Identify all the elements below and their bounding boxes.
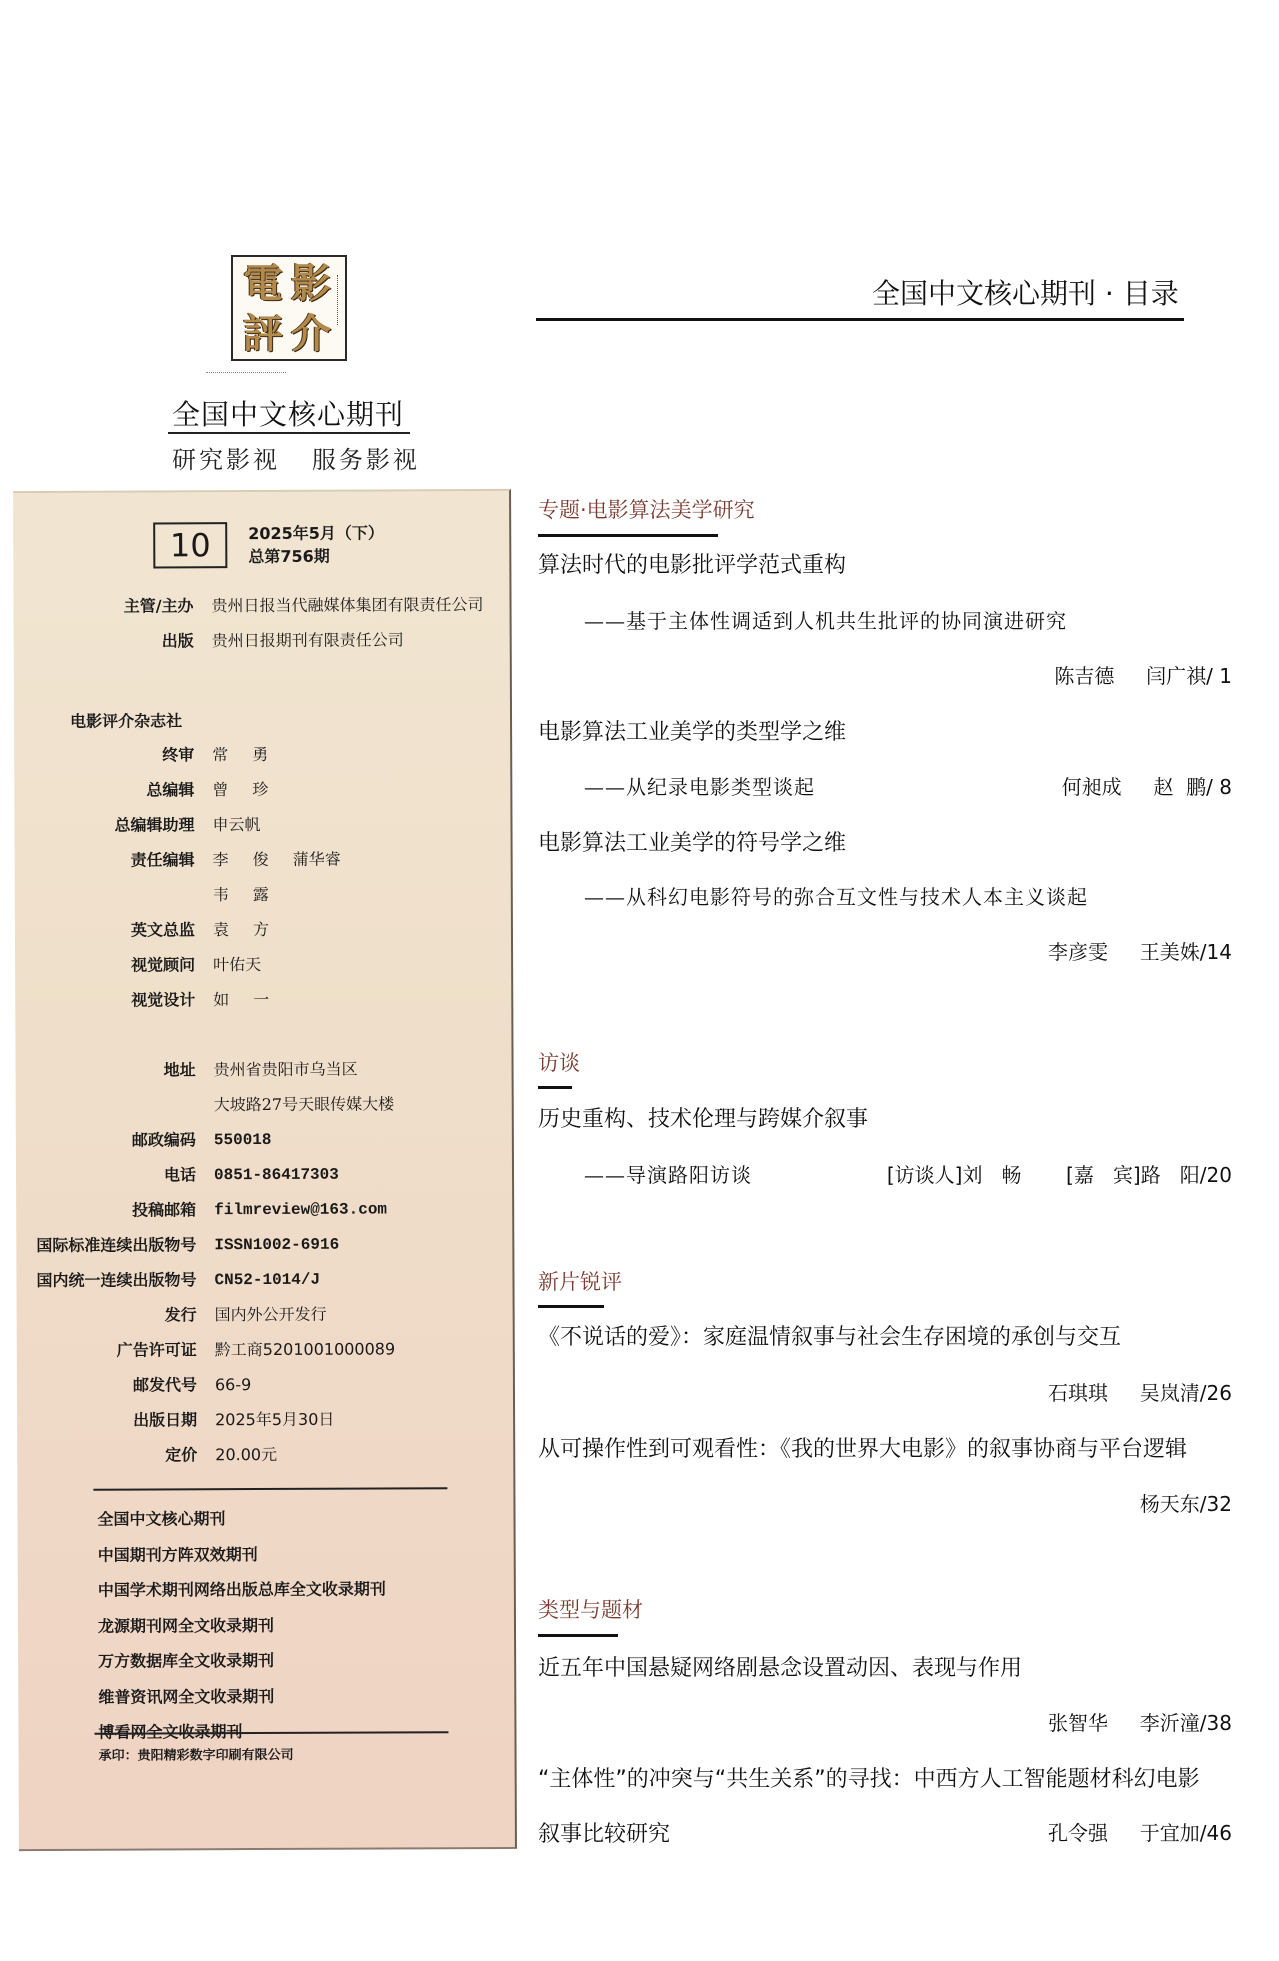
contact-row: 定价 20.00元	[17, 1440, 515, 1470]
staff-row: 责任编辑 李俊蒲华睿	[15, 845, 513, 875]
field-label: 地址	[163, 1056, 195, 1084]
field-label: 出版日期	[133, 1406, 197, 1434]
logo-char: 評	[239, 309, 287, 359]
field-value: ISSN1002-6916	[214, 1231, 339, 1260]
logo-char: 電	[239, 259, 287, 309]
field-label: 投稿邮箱	[132, 1196, 196, 1224]
field-value: 常勇	[212, 741, 268, 769]
issue-date: 2025年5月（下）	[248, 521, 384, 545]
field-label: 国内统一连续出版物号	[36, 1266, 196, 1295]
field-value: 550018	[214, 1126, 272, 1154]
contact-row: 邮发代号 66-9	[17, 1370, 515, 1400]
article-subtitle: ——从纪录电影类型谈起	[584, 771, 815, 800]
staff-row: 总编辑 曾珍	[14, 775, 512, 805]
article-subtitle: ——基于主体性调适到人机共生批评的协同演进研究	[584, 605, 1067, 634]
indexing-item: 万方数据库全文收录期刊	[98, 1642, 386, 1679]
field-value: 袁方	[213, 916, 269, 944]
field-label: 邮发代号	[133, 1371, 197, 1399]
masthead-title: 全国中文核心期刊	[172, 393, 404, 433]
contact-row: 国际标准连续出版物号 ISSN1002-6916	[16, 1230, 514, 1260]
staff-row: 韦露	[15, 880, 513, 910]
article-title[interactable]: 电影算法工业美学的符号学之维	[538, 826, 846, 857]
section-label: 专题·电影算法美学研究	[538, 494, 755, 524]
field-label: 出版	[162, 627, 194, 655]
field-label: 终审	[162, 741, 194, 769]
field-label: 视觉顾问	[131, 951, 195, 979]
article-title[interactable]: 电影算法工业美学的类型学之维	[538, 715, 846, 746]
journal-logo: 電 影 評 介	[231, 255, 347, 361]
field-label: 总编辑助理	[114, 811, 194, 839]
field-value: 申云帆	[212, 811, 260, 839]
publisher-row: 出版 贵州日报期刊有限责任公司	[14, 626, 512, 656]
field-label: 邮政编码	[132, 1126, 196, 1154]
issue-total: 总第756期	[248, 544, 384, 568]
field-label: 总编辑	[146, 776, 194, 804]
field-value: 2025年5月30日	[215, 1406, 334, 1435]
article-authors-page: [访谈人]刘 畅 [嘉 宾]路 阳/20	[887, 1159, 1232, 1188]
contact-row: 广告许可证 黔工商5201001000089	[17, 1335, 515, 1365]
article-title[interactable]: 《不说话的爱》：家庭温情叙事与社会生存困境的承创与交互	[538, 1320, 1121, 1351]
logo-caption-mark	[206, 372, 286, 375]
article-title[interactable]: “主体性”的冲突与“共生关系”的寻找：中西方人工智能题材科幻电影	[538, 1762, 1200, 1793]
article-subtitle: ——导演路阳访谈	[584, 1159, 752, 1188]
article-title[interactable]: 算法时代的电影批评学范式重构	[538, 548, 846, 579]
organization-name: 电影评介杂志社	[70, 708, 182, 731]
contact-row: 电话 0851-86417303	[16, 1160, 514, 1190]
field-value: 黔工商5201001000089	[215, 1335, 395, 1364]
logo-char: 影	[287, 259, 335, 309]
contact-row: 出版日期 2025年5月30日	[17, 1405, 515, 1435]
article-authors-page: 杨天东/32	[1140, 1488, 1232, 1517]
masthead-divider	[168, 432, 410, 434]
indexing-list: 全国中文核心期刊 中国期刊方阵双效期刊 中国学术期刊网络出版总库全文收录期刊 龙…	[97, 1500, 386, 1750]
indexing-item: 中国期刊方阵双效期刊	[98, 1536, 386, 1573]
article-authors-page: 李彦雯 王美姝/14	[1048, 936, 1232, 965]
toc-header-divider	[536, 318, 1184, 321]
indexing-item: 维普资讯网全文收录期刊	[98, 1678, 386, 1715]
indexing-item: 龙源期刊网全文收录期刊	[98, 1607, 386, 1644]
publisher-row: 主管/主办 贵州日报当代融媒体集团有限责任公司	[13, 591, 511, 621]
staff-row: 英文总监 袁方	[15, 915, 513, 945]
issue-date-block: 2025年5月（下） 总第756期	[248, 521, 384, 568]
section-divider	[538, 534, 718, 537]
section-divider	[538, 1634, 618, 1637]
section-label: 新片锐评	[538, 1266, 622, 1296]
masthead-slogan: 研究影视 服务影视	[172, 440, 420, 475]
section-divider	[538, 1305, 604, 1308]
panel-divider	[93, 1487, 447, 1491]
article-title[interactable]: 从可操作性到可观看性：《我的世界大电影》的叙事协商与平台逻辑	[538, 1432, 1187, 1463]
field-label: 发行	[165, 1301, 197, 1329]
field-value: 贵州省贵阳市乌当区	[214, 1056, 358, 1085]
contact-row: 邮政编码 550018	[16, 1125, 514, 1155]
logo-seal-mark	[337, 275, 343, 325]
field-label: 广告许可证	[117, 1336, 197, 1364]
field-value: 国内外公开发行	[215, 1301, 327, 1329]
issue-number: 10	[153, 522, 227, 568]
field-value: 李俊蒲华睿	[213, 846, 341, 875]
field-value: 20.00元	[215, 1441, 277, 1469]
indexing-item: 中国学术期刊网络出版总库全文收录期刊	[98, 1571, 386, 1608]
article-authors-page: 张智华 李沂潼/38	[1048, 1707, 1232, 1736]
field-value: 贵州日报当代融媒体集团有限责任公司	[211, 591, 483, 620]
field-value: 韦露	[213, 881, 269, 909]
article-subtitle: ——从科幻电影符号的弥合互文性与技术人本主义谈起	[584, 881, 1088, 910]
field-label: 视觉设计	[131, 986, 195, 1014]
field-value: 叶佑天	[213, 951, 261, 979]
field-label: 责任编辑	[131, 846, 195, 874]
article-authors-page: 孔令强 于宜加/46	[1048, 1817, 1232, 1846]
staff-row: 终审 常勇	[14, 740, 512, 770]
contact-row: 地址 贵州省贵阳市乌当区	[16, 1055, 514, 1085]
article-authors-page: 何昶成 赵 鹏/ 8	[1062, 771, 1232, 800]
field-label: 英文总监	[131, 916, 195, 944]
article-title-continued[interactable]: 叙事比较研究	[538, 1817, 670, 1848]
contact-row: 发行 国内外公开发行	[17, 1300, 515, 1330]
field-value: 大坡路27号天眼传媒大楼	[214, 1090, 394, 1119]
section-label: 访谈	[538, 1047, 580, 1077]
printer-info: 承印：贵阳精彩数字印刷有限公司	[99, 1744, 294, 1764]
article-authors-page: 陈吉德 闫广祺/ 1	[1054, 660, 1232, 689]
contact-row: 大坡路27号天眼传媒大楼	[16, 1090, 514, 1120]
logo-calligraphy: 電 影 評 介	[239, 259, 335, 359]
logo-char: 介	[287, 309, 335, 359]
field-value: 66-9	[215, 1371, 251, 1399]
section-label: 类型与题材	[538, 1594, 643, 1624]
article-title[interactable]: 近五年中国悬疑网络剧悬念设置动因、表现与作用	[538, 1651, 1022, 1682]
staff-row: 视觉设计 如一	[15, 985, 513, 1015]
field-label: 电话	[164, 1161, 196, 1189]
article-title[interactable]: 历史重构、技术伦理与跨媒介叙事	[538, 1102, 868, 1133]
contact-row: 投稿邮箱 filmreview@163.com	[16, 1195, 514, 1225]
field-value: 如一	[213, 986, 269, 1014]
article-authors-page: 石琪琪 吴岚清/26	[1048, 1377, 1232, 1406]
email-value: filmreview@163.com	[214, 1195, 387, 1224]
indexing-item: 全国中文核心期刊	[97, 1500, 385, 1537]
field-label: 国际标准连续出版物号	[36, 1231, 196, 1260]
contact-row: 国内统一连续出版物号 CN52-1014/J	[16, 1265, 514, 1295]
field-label: 主管/主办	[124, 592, 194, 620]
toc-header: 全国中文核心期刊 · 目录	[872, 272, 1179, 312]
colophon-panel: 10 2025年5月（下） 总第756期 主管/主办 贵州日报当代融媒体集团有限…	[13, 489, 517, 1851]
field-value: 贵州日报期刊有限责任公司	[212, 626, 404, 655]
field-label: 定价	[165, 1441, 197, 1469]
section-divider	[538, 1086, 572, 1089]
staff-row: 总编辑助理 申云帆	[14, 810, 512, 840]
field-value: CN52-1014/J	[214, 1266, 320, 1294]
field-value: 0851-86417303	[214, 1161, 339, 1190]
field-value: 曾珍	[212, 776, 268, 804]
staff-row: 视觉顾问 叶佑天	[15, 950, 513, 980]
